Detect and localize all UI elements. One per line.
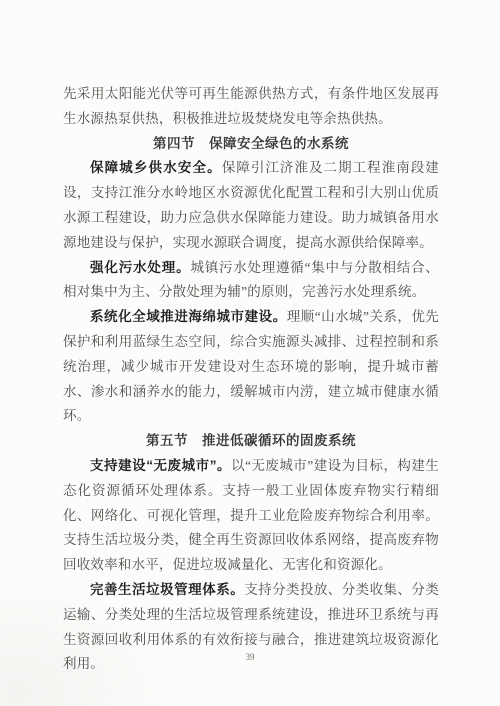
paragraph-sewage: 强化污水处理。城镇污水处理遵循“集中与分散相结合、相对集中为主、分散处理为辅”的… — [63, 256, 439, 306]
paragraph-garbage-management: 完善生活垃圾管理体系。支持分类投放、分类收集、分类运输、分类处理的生活垃圾管理系… — [63, 578, 439, 677]
section-4-heading: 第四节 保障安全绿色的水系统 — [63, 132, 439, 157]
paragraph-continuation: 先采用太阳能光伏等可再生能源供热方式，有条件地区发展再生水源热泵供热，积极推进垃… — [63, 82, 439, 132]
document-page: 先采用太阳能光伏等可再生能源供热方式，有条件地区发展再生水源热泵供热，积极推进垃… — [0, 0, 500, 706]
paragraph-lead: 支持建设“无废城市”。 — [90, 458, 231, 473]
page-body: 先采用太阳能光伏等可再生能源供热方式，有条件地区发展再生水源热泵供热，积极推进垃… — [63, 82, 439, 677]
paragraph-sponge-city: 系统化全域推进海绵城市建设。理顺“山水城”关系，优先保护和利用蓝绿生态空间，综合… — [63, 305, 439, 429]
paragraph-lead: 强化污水处理。 — [90, 260, 190, 275]
paragraph-lead: 保障城乡供水安全。 — [90, 160, 222, 175]
page-number: 39 — [0, 652, 500, 662]
paragraph-lead: 完善生活垃圾管理体系。 — [90, 582, 244, 597]
paragraph-lead: 系统化全域推进海绵城市建设。 — [90, 309, 287, 324]
paragraph-waste-free-city: 支持建设“无废城市”。以“无废城市”建设为目标，构建生态化资源循环处理体系。支持… — [63, 454, 439, 578]
paragraph-water-supply: 保障城乡供水安全。保障引江济淮及二期工程淮南段建设，支持江淮分水岭地区水资源优化… — [63, 156, 439, 255]
paragraph-text: 理顺“山水城”关系，优先保护和利用蓝绿生态空间，综合实施源头减排、过程控制和系统… — [63, 309, 439, 423]
section-5-heading: 第五节 推进低碳循环的固废系统 — [63, 429, 439, 454]
paragraph-text: 以“无废城市”建设为目标，构建生态化资源循环处理体系。支持一般工业固体废弃物实行… — [63, 458, 439, 572]
